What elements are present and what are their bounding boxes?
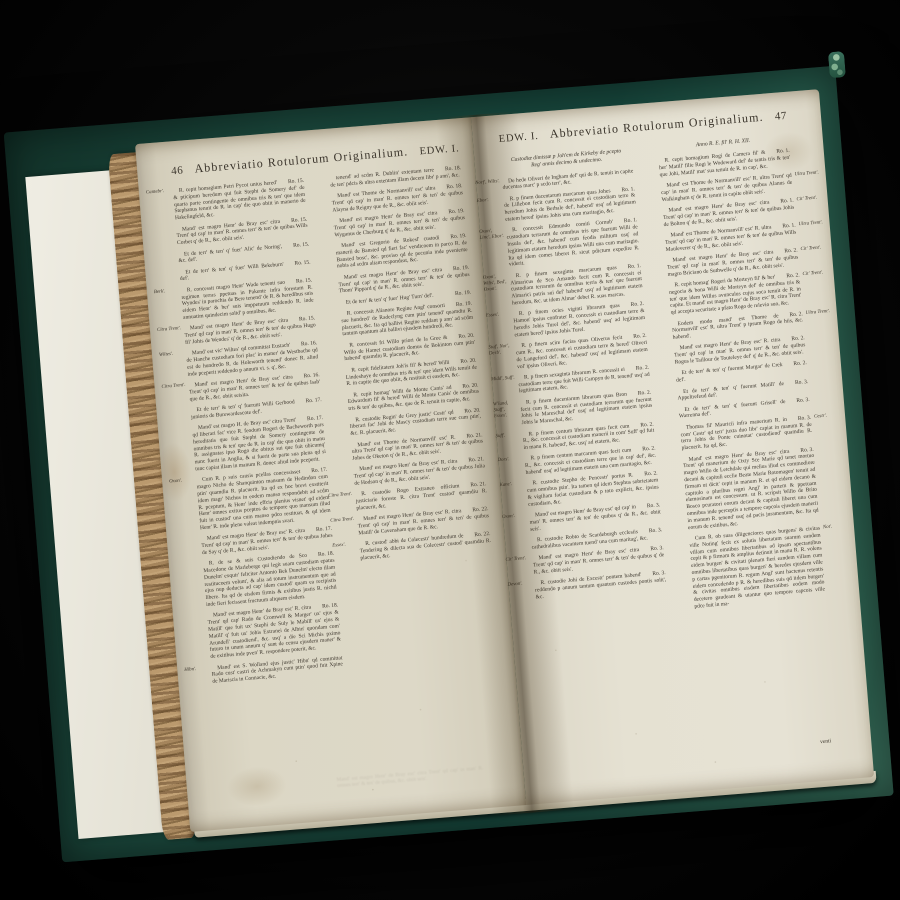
county-margin-label: Cit' Trent'. bbox=[802, 270, 830, 278]
county-margin-label: Suff'. bbox=[495, 432, 520, 440]
roll-reference: Ro. 15. bbox=[283, 259, 311, 268]
register-entry: Devon'.Ro. 3.R. custodie Johi de Excestr… bbox=[534, 570, 667, 601]
roll-reference: Ro. 3. bbox=[784, 379, 809, 388]
text-columns-right: Custodiæ dimissæ p Joh'em de Kirkeby de … bbox=[500, 133, 826, 628]
show-through-text: Mand' est magro Henr' de Bray esc' citra… bbox=[336, 765, 484, 790]
register-entry: Cantebr'.Ro. 15.R. cepit homagium Petri … bbox=[173, 178, 307, 222]
register-entry: Ro. 19.Mand' est Gregorio de Rokesl' cus… bbox=[335, 233, 468, 271]
column-1: Cantebr'.Ro. 15.R. cepit homagium Petri … bbox=[173, 178, 344, 690]
entry-text: R. concessit Edmundo comiti Cornub' cust… bbox=[506, 220, 639, 269]
county-margin-label: Cit' Trent'. bbox=[796, 195, 824, 203]
county-margin-label: Norf', Wilts'. bbox=[475, 179, 500, 187]
county-margin-label: Oxon'. bbox=[169, 478, 194, 486]
column-2: Ro. 18.tenend' ad scdm R. Dublin' extent… bbox=[330, 165, 501, 677]
edition-label-left: EDW. I. bbox=[419, 143, 460, 157]
county-margin-label: Not'. bbox=[823, 523, 851, 531]
stain bbox=[225, 764, 288, 809]
entry-text: Mand' est magro H. de Bray esc' citra Tr… bbox=[192, 417, 326, 472]
entry-text: Mand' est vic' Wiltes' qd committat Eust… bbox=[186, 343, 318, 378]
register-entry: Ro. 18.Mand' est magro Henr' de Bray esc… bbox=[207, 603, 342, 661]
entry-text: R. de se & suis Custodiendo de Sco Maced… bbox=[203, 553, 337, 608]
entry-text: Et de terr' & ten' q' fuer' Alic' de Nor… bbox=[178, 243, 282, 264]
entry-text: Et de terr' & ten' q' fuerunt Matill' de… bbox=[677, 380, 784, 401]
county-margin-label: W'land, Staff', Essex'. bbox=[493, 400, 519, 420]
county-margin-label: Ultra Trent'. bbox=[806, 308, 834, 316]
county-margin-label: Ebor'. bbox=[476, 197, 501, 205]
county-margin-label: Staf', Nor', Derb'. bbox=[488, 344, 514, 358]
entry-text: Et de terr' & ten' q' fuer' Hug' Turn' d… bbox=[346, 292, 434, 305]
register-entry: Ro. 18.R. de se & suis Custodiendo de Sc… bbox=[203, 551, 338, 609]
register-entry: Cit' Trent'.Ro. 2.R. cepit homag' Rogeri… bbox=[668, 272, 802, 316]
county-margin-label: Oxon', Linc', Ebor'. bbox=[479, 228, 505, 242]
county-margin-label: Hibn'. bbox=[184, 666, 209, 674]
roll-reference: Ro. 17. bbox=[294, 397, 322, 406]
roll-reference: Ro. 2. bbox=[782, 360, 807, 369]
open-spread: 46 Abbreviatio Rotulorum Originalium. ED… bbox=[135, 89, 874, 832]
county-margin-label: Berk'. bbox=[154, 288, 179, 296]
register-entry: Ro. 3.Mand' est magro Henr' de Bray esc'… bbox=[682, 446, 819, 531]
county-margin-label: Cestr'. bbox=[814, 412, 842, 420]
register-entry: Oxon', Wilts', Bed', Oxon'.Ro. 1.R. p fi… bbox=[510, 263, 644, 307]
entry-text: R. p finem ducentarum marcarum quas Johe… bbox=[504, 188, 636, 223]
register-entry: Oxon'.Ro. 17.Cum R. p suis causis pcella… bbox=[196, 467, 331, 532]
county-margin-label: Oxon', Wilts', Bed', Oxon'. bbox=[483, 274, 509, 294]
roll-reference: Ro. 15. bbox=[282, 241, 310, 250]
county-margin-label: Citra Trent'. bbox=[161, 383, 186, 391]
register-entry: Cestr'.Ro. 3.Thomas fil' Mauricii infra … bbox=[680, 415, 813, 453]
entry-text: R. cepit homagium Petri Pycot unius here… bbox=[173, 180, 306, 222]
page-number-left: 46 bbox=[171, 164, 184, 177]
entry-text: Et de terr' & ten' q' fuerunt Willi Gerb… bbox=[191, 399, 295, 420]
register-entry: Oxon', Linc', Ebor'.Ro. 1.R. concessit E… bbox=[506, 218, 640, 269]
county-margin-label: Cantebr'. bbox=[146, 189, 171, 197]
entry-text: Mand' est magro Henr' de Bray esc' citra… bbox=[683, 448, 819, 530]
column-entries: Ro. 1.R. cepit homagium Rogi de Camera f… bbox=[658, 148, 825, 611]
county-margin-label: Ultra Trent'. bbox=[794, 170, 822, 178]
register-entry: Essex'.Ro. 22.R. custod' abbi de Coleces… bbox=[359, 531, 492, 562]
register-entry: Ro. 17.Mand' est magro H. de Bray esc' c… bbox=[192, 415, 327, 473]
entry-text: Cum R. ob suas diligenciores quas burgen… bbox=[689, 525, 825, 609]
register-entry: Berk'.Ro. 15.R. concessit magro Henr' Wa… bbox=[181, 277, 315, 321]
entry-text: Mand' est magro Henr' de Bray esc' R. ci… bbox=[207, 605, 341, 660]
county-margin-label: Kanc'. bbox=[499, 481, 524, 489]
photo-background: 46 Abbreviatio Rotulorum Originalium. ED… bbox=[0, 0, 900, 900]
register-entry: Kanc'.Ro. 2.R. custodie Stepho de Pences… bbox=[526, 471, 659, 509]
register-entry: Not'.Cum R. ob suas diligenciores quas b… bbox=[689, 525, 826, 610]
roll-reference: Ro. 3. bbox=[785, 397, 810, 406]
register-entry: Hibn'.Mand' est S. Wolland ejus justic' … bbox=[211, 655, 344, 686]
page-right: EDW. I. Abbreviatio Rotulorum Originaliu… bbox=[471, 89, 874, 805]
entry-text: R. p finem sexaginta marcarum quas Almar… bbox=[510, 265, 643, 307]
entry-text: R. p finem ocies viginti librarum quas H… bbox=[513, 303, 645, 338]
column-entries: Norf', Wilts'.De hede Oliveri de Ingham … bbox=[502, 168, 667, 601]
roll-reference: Ro. 19. bbox=[444, 289, 472, 298]
county-margin-label: Essex'. bbox=[332, 542, 357, 550]
edition-label-right: EDW. I. bbox=[498, 131, 539, 145]
column-1: Custodiæ dimissæ p Joh'em de Kirkeby de … bbox=[500, 145, 669, 627]
text-columns-left: Cantebr'.Ro. 15.R. cepit homagium Petri … bbox=[173, 165, 501, 690]
binding-clip bbox=[828, 51, 846, 78]
county-margin-label: Citra Trent'. bbox=[328, 492, 353, 500]
entry-text: Mand' est Gregorio de Rokesl' custodi ma… bbox=[336, 235, 468, 270]
page-number-right: 47 bbox=[774, 110, 787, 123]
county-margin-label: Dors'. bbox=[497, 457, 522, 465]
register-entry: Essex'.Ro. 2.R. p finem ocies viginti li… bbox=[513, 301, 646, 339]
register-entry: Ebor'.Ro. 1.R. p finem ducentarum marcar… bbox=[503, 186, 636, 224]
county-margin-label: Citra Trent'. bbox=[157, 326, 182, 334]
catchword: venti bbox=[820, 738, 831, 745]
county-margin-label: Cit' Trent'. bbox=[800, 245, 828, 253]
county-margin-label: Devon'. bbox=[507, 581, 532, 589]
entry-text: Et de terr' & ten' q' fuerunt Grisell' d… bbox=[679, 399, 786, 420]
county-margin-label: Essex'. bbox=[486, 312, 511, 320]
column-2: Anno R. E. fil' R. H. XII. Ro. 1.R. cepi… bbox=[657, 133, 826, 615]
entry-text: Et de terr' & ten' q' fuerunt Margar' de… bbox=[676, 362, 783, 383]
register-entry: Staf', Nor', Derb'.Ro. 2.R. p finem scir… bbox=[515, 333, 648, 371]
entry-text: R. concessit Alianore Regine Angl' conso… bbox=[341, 303, 473, 338]
page-left: 46 Abbreviatio Rotulorum Originalium. ED… bbox=[135, 117, 526, 832]
book: 46 Abbreviatio Rotulorum Originalium. ED… bbox=[21, 87, 879, 849]
section-heading-custodiae: Custodiæ dimissæ p Joh'em de Kirkeby de … bbox=[506, 148, 626, 172]
entry-text: Cum R. p suis causis pcellas concessisse… bbox=[197, 469, 331, 531]
register-entry: Wiltes'.Ro. 16.Mand' est vic' Wiltes' qd… bbox=[186, 341, 319, 379]
county-margin-label: Citra Trent'. bbox=[330, 517, 355, 525]
county-margin-label: Cit' Trent'. bbox=[505, 556, 530, 564]
entry-text: R. cepit homag' Rogeri de Morteyn fil' &… bbox=[669, 274, 802, 316]
county-margin-label: Wiltes'. bbox=[159, 351, 184, 359]
entry-text: Et de terr' & ten' q' fuer' Willi Bekebu… bbox=[180, 261, 284, 282]
county-margin-label: Oxon'. bbox=[502, 513, 527, 521]
county-margin-label: Midd', Suff'. bbox=[491, 375, 516, 383]
register-entry: Ro. 19.R. concessit Alianore Regine Angl… bbox=[341, 301, 474, 339]
entry-text: R. concessit magro Henr' Wade tenenti su… bbox=[181, 279, 314, 321]
register-entry: W'land, Staff', Essex'.Ro. 2.R. p finem … bbox=[520, 389, 653, 427]
county-margin-label: Ultra Trent'. bbox=[798, 220, 826, 228]
entry-text: Mand' est S. Wolland ejus justic' Hibn' … bbox=[212, 655, 344, 685]
